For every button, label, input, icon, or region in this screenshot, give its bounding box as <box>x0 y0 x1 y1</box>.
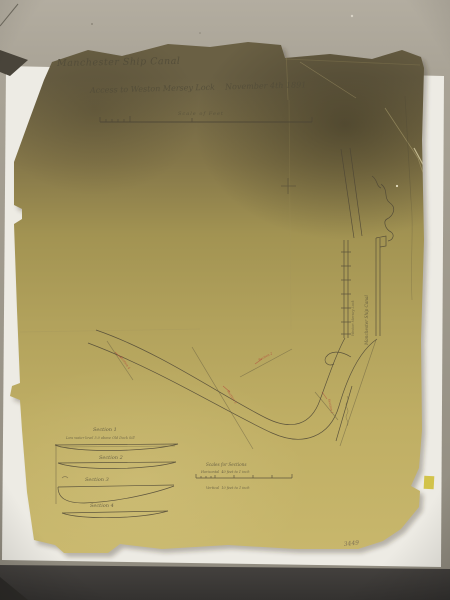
section-1-heading: Section 1 <box>93 427 117 433</box>
canal-vertical-label: Manchester Ship Canal <box>364 295 369 346</box>
section-2-heading: Section 2 <box>99 455 123 461</box>
section-scales-horizontal: Horizontal 40 feet to 1 inch <box>200 470 250 474</box>
document-title: Manchester Ship Canal <box>56 56 181 69</box>
table-surface <box>0 565 450 600</box>
section-scales-vertical: Vertical 10 feet to 1 inch <box>206 486 250 490</box>
scale-heading: Scale of Feet <box>178 111 224 117</box>
section-4-heading: Section 4 <box>90 503 114 509</box>
sticky-tab <box>424 476 435 490</box>
lock-vertical-label: Weston Mersey Lock <box>351 300 355 336</box>
photo-canvas: Section 4 Section 3 Section 2 Section 1 … <box>0 0 450 600</box>
section-scales-heading: Scales for Sections <box>206 462 247 467</box>
section-1-subtitle: Low water level 5.0 above Old Dock Sill <box>65 436 135 440</box>
section-3-heading: Section 3 <box>85 477 109 483</box>
photograph-of-archival-plan: Section 4 Section 3 Section 2 Section 1 … <box>0 0 450 600</box>
